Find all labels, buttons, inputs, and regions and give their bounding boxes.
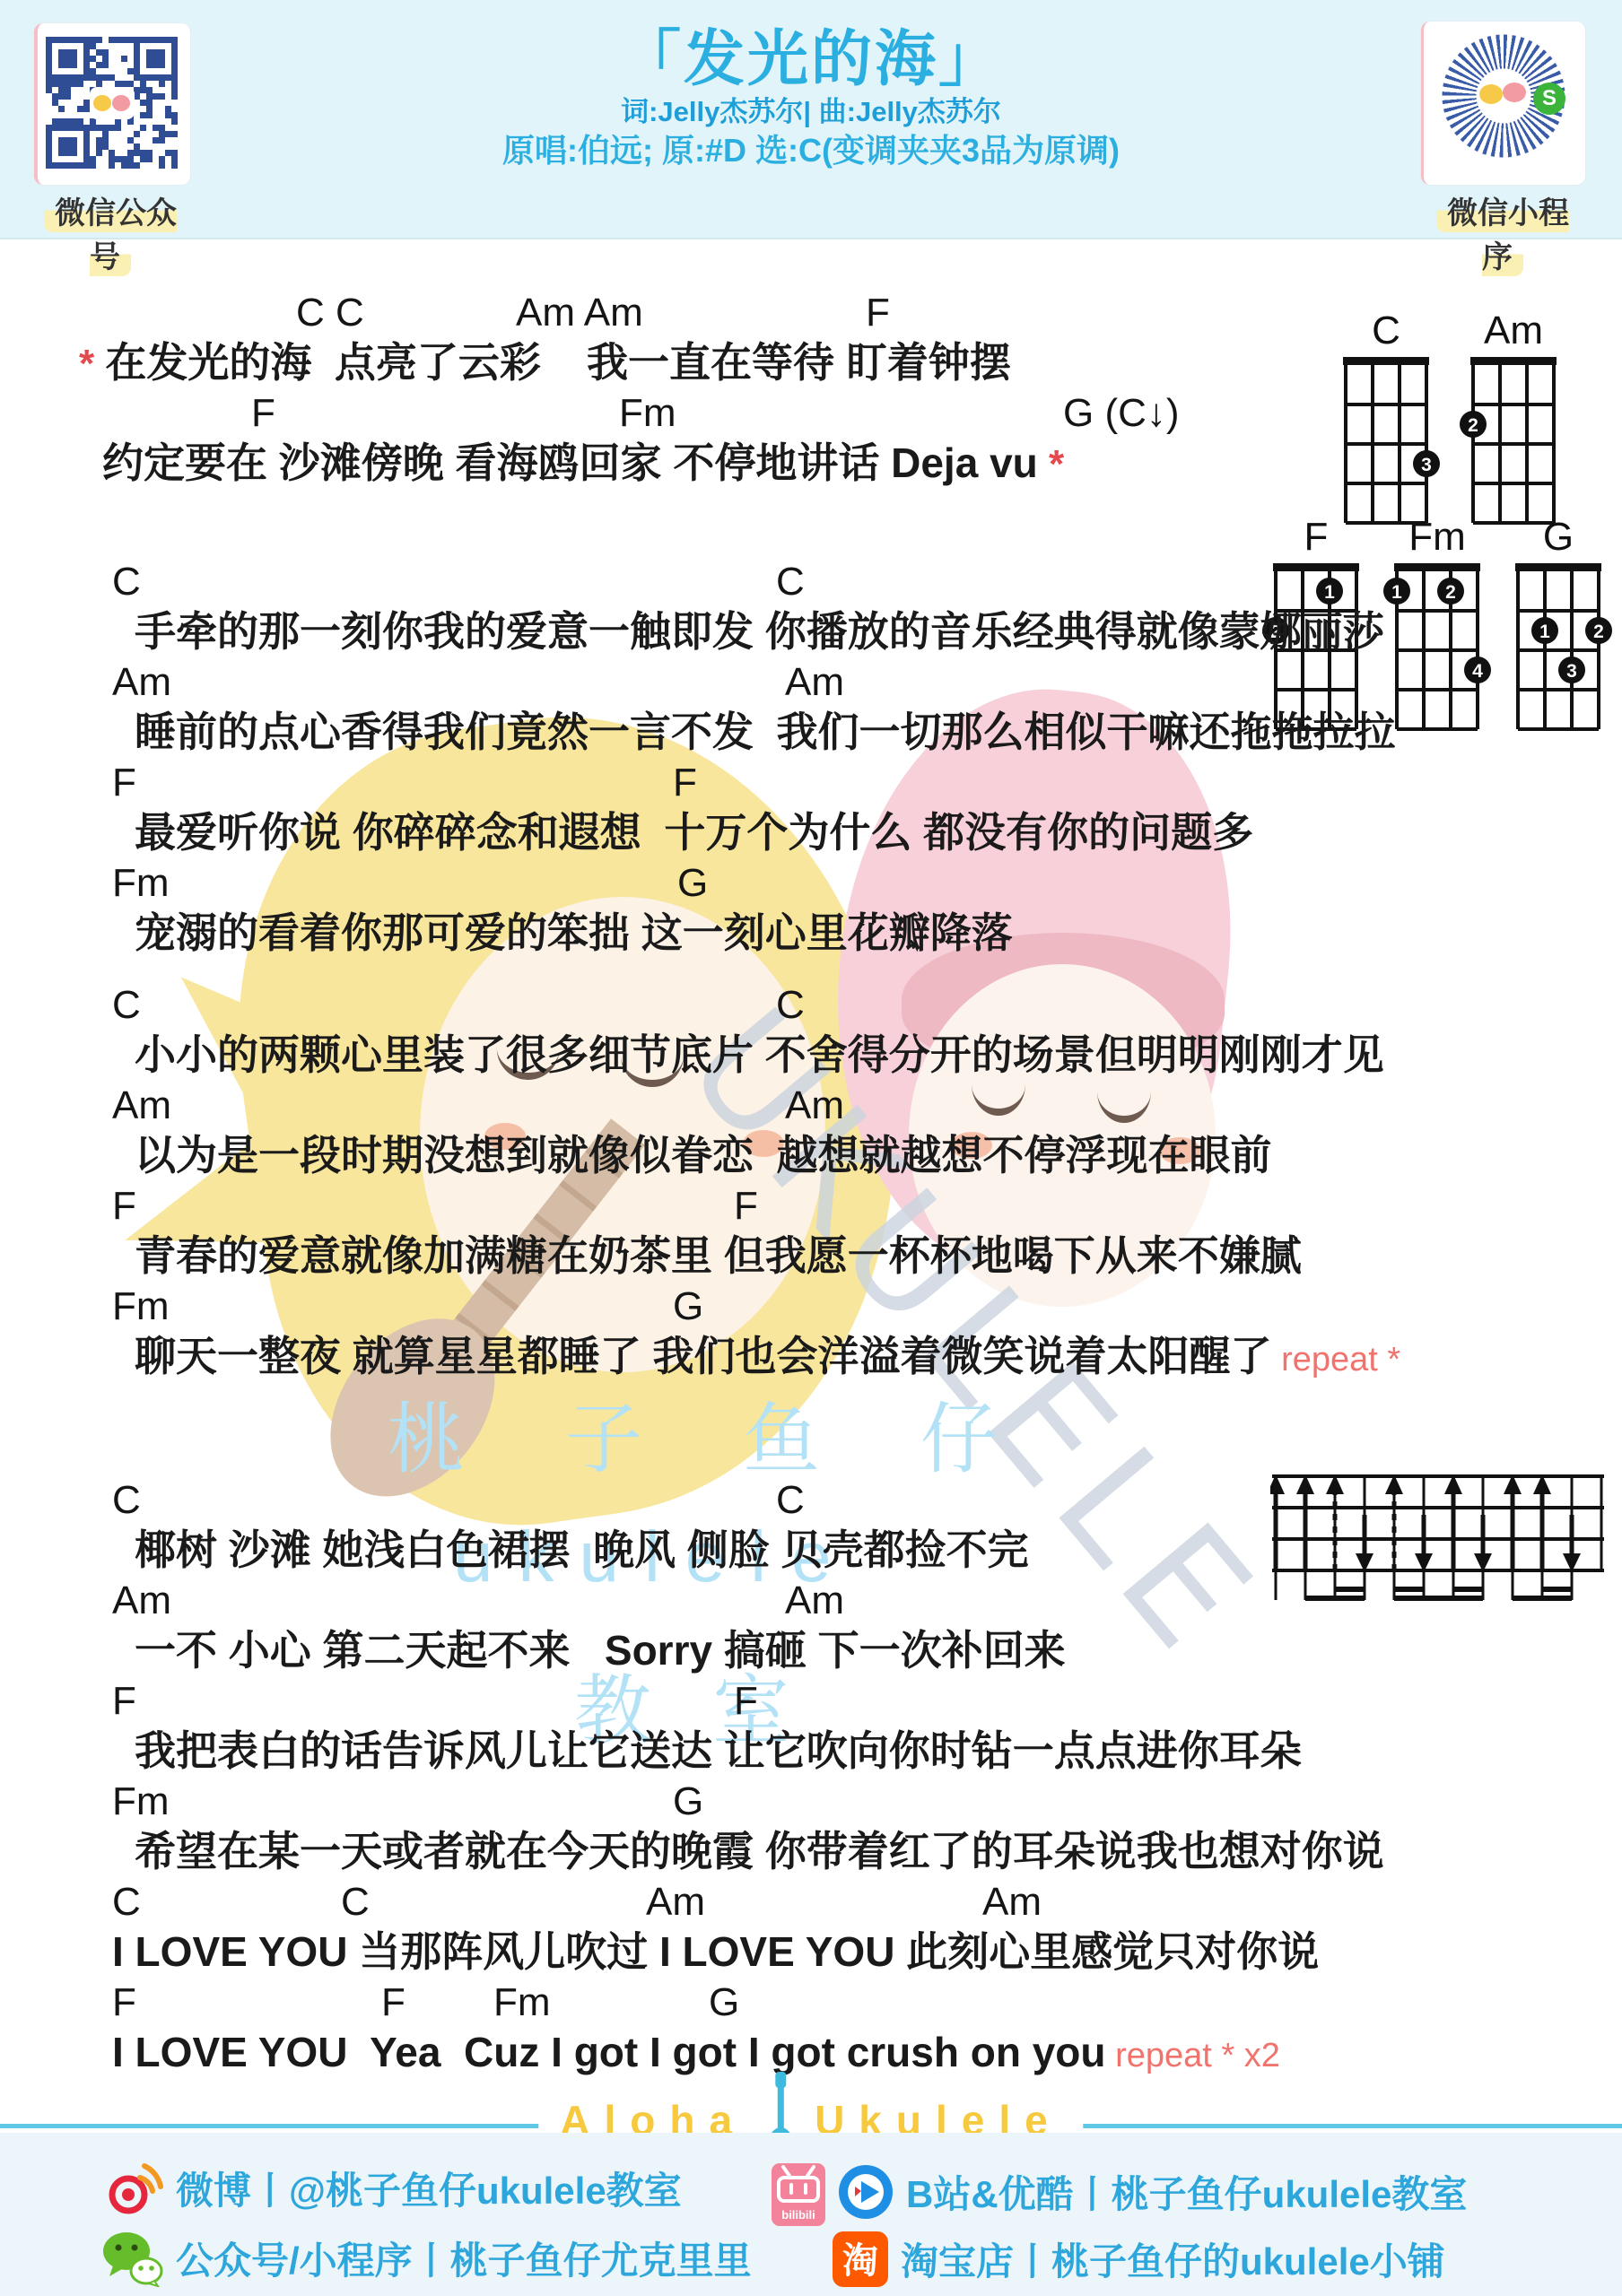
lyric-line: 聊天一整夜 就算星星都睡了 我们也会洋溢着微笑说着太阳醒了	[135, 1333, 1272, 1379]
chord-label: F	[251, 389, 275, 438]
chord-label: Fm	[112, 859, 170, 908]
song-line: FF最爱听你说 你碎碎念和遐想 十万个为什么 都没有你的问题多	[0, 759, 1622, 859]
chord-label: F	[673, 759, 697, 807]
lyric-line: 睡前的点心香得我们竟然一言不发 我们一切那么相似干嘛还拖拖拉拉	[135, 709, 1396, 755]
song-line: CC椰树 沙滩 她浅白色裙摆 晚风 侧脸 贝壳都捡不完	[0, 1476, 1622, 1577]
wechat-icon	[102, 2230, 163, 2287]
chord-label: C	[776, 558, 805, 606]
chord-label: Am	[785, 658, 844, 707]
song-credits: 词:Jelly杰苏尔| 曲:Jelly杰苏尔	[0, 89, 1622, 129]
song-line: CC手牵的那一刻你我的爱意一触即发 你播放的音乐经典得就像蒙娜丽莎	[0, 558, 1622, 658]
link-wechat[interactable]: 公众号/小程序丨桃子鱼仔尤克里里	[102, 2230, 752, 2287]
song-line: FmG宠溺的看着你那可爱的笨拙 这一刻心里花瓣降落	[0, 859, 1622, 960]
lyric-line: 希望在某一天或者就在今天的晚霞 你带着红了的耳朵说我也想对你说	[135, 1828, 1384, 1874]
weibo-icon	[106, 2160, 163, 2217]
chord-label: G	[709, 1979, 739, 2027]
lyric-line: 小小的两颗心里装了很多细节底片 不舍得分开的场景但明明刚刚才见	[135, 1031, 1384, 1078]
song-section-1: C CAm AmF* 在发光的海 点亮了云彩 我一直在等待 盯着钟摆FFmG (…	[0, 289, 1622, 490]
song-line: AmAm一不 小心 第二天起不来 Sorry 搞砸 下一次补回来	[0, 1577, 1622, 1677]
chord-label: C	[112, 981, 141, 1030]
link-weibo[interactable]: 微博丨@桃子鱼仔ukulele教室	[106, 2160, 682, 2217]
link-taobao[interactable]: 淘 淘宝店丨桃子鱼仔的ukulele小铺	[833, 2231, 1445, 2287]
song-section-2: CC手牵的那一刻你我的爱意一触即发 你播放的音乐经典得就像蒙娜丽莎AmAm睡前的…	[0, 558, 1622, 960]
chord-label: F	[112, 759, 136, 807]
lyric-line: I LOVE YOU 当那阵风儿吹过 I LOVE YOU 此刻心里感觉只对你说	[112, 1928, 1319, 1975]
asterisk-marker: *	[79, 342, 105, 386]
repeat-marker: repeat *	[1272, 1341, 1401, 1378]
bilibili-icon: bilibili	[772, 2156, 825, 2228]
lyric-line: 以为是一段时期没想到就像似眷恋 越想就越想不停浮现在眼前	[135, 1132, 1272, 1178]
song-line: FF青春的爱意就像加满糖在奶茶里 但我愿一杯杯地喝下从来不嫌腻	[0, 1182, 1622, 1283]
lyric-line: 最爱听你说 你碎碎念和遐想 十万个为什么 都没有你的问题多	[135, 809, 1253, 856]
svg-text:淘: 淘	[842, 2241, 878, 2281]
song-section-3: CC小小的两颗心里装了很多细节底片 不舍得分开的场景但明明刚刚才见AmAm以为是…	[0, 981, 1622, 1383]
chord-label: F	[734, 1677, 758, 1726]
chord-label: Fm	[619, 389, 676, 438]
song-line: CCAmAmI LOVE YOU 当那阵风儿吹过 I LOVE YOU 此刻心里…	[0, 1878, 1622, 1979]
song-key-info: 原唱:伯远; 原:#D 选:C(变调夹夹3品为原调)	[0, 126, 1622, 171]
song-title: 「发光的海」	[0, 11, 1622, 98]
song-line: FmG希望在某一天或者就在今天的晚霞 你带着红了的耳朵说我也想对你说	[0, 1778, 1622, 1878]
lyric-line: I LOVE YOU Yea Cuz I got I got I got cru…	[112, 2029, 1106, 2075]
song-line: AmAm以为是一段时期没想到就像似眷恋 越想就越想不停浮现在眼前	[0, 1082, 1622, 1182]
chord-label: Am	[646, 1878, 705, 1926]
chord-label: Am	[112, 1082, 171, 1130]
chord-label: Fm	[493, 1979, 551, 2027]
lyric-line: 约定要在 沙滩傍晚 看海鸥回家 不停地讲话 Deja vu	[102, 439, 1038, 486]
chord-label: F	[866, 289, 890, 337]
chord-label: C	[341, 1878, 370, 1926]
repeat-marker: repeat * x2	[1106, 2037, 1280, 2074]
chord-label: C	[112, 1476, 141, 1525]
song-line: FFFmGI LOVE YOU Yea Cuz I got I got I go…	[0, 1979, 1622, 2079]
chord-label: G	[677, 859, 708, 908]
chord-label: C C	[296, 289, 364, 337]
chord-label: G	[673, 1778, 703, 1826]
chord-sheet-page: 「发光的海」 词:Jelly杰苏尔| 曲:Jelly杰苏尔 原唱:伯远; 原:#…	[0, 0, 1622, 2296]
chord-label: Am	[112, 1577, 171, 1625]
chord-label: G	[673, 1283, 703, 1331]
chord-label: C	[112, 1878, 141, 1926]
chord-label: Am	[785, 1082, 844, 1130]
link-bilibili-youku[interactable]: bilibili B站&优酷丨桃子鱼仔ukulele教室	[772, 2156, 1467, 2228]
chord-diagram-name: G	[1504, 515, 1613, 561]
chord-label: Fm	[112, 1283, 170, 1331]
lyric-line: 在发光的海 点亮了云彩 我一直在等待 盯着钟摆	[105, 339, 1010, 386]
chord-label: F	[112, 1182, 136, 1231]
song-section-4: CC椰树 沙滩 她浅白色裙摆 晚风 侧脸 贝壳都捡不完AmAm一不 小心 第二天…	[0, 1476, 1622, 2079]
chord-label: F	[112, 1677, 136, 1726]
wechat-badge-icon: S	[1533, 83, 1565, 115]
chord-label: F	[112, 1979, 136, 2027]
qr-right-label: 微信小程序	[1417, 188, 1588, 276]
song-line: AmAm睡前的点心香得我们竟然一言不发 我们一切那么相似干嘛还拖拖拉拉	[0, 658, 1622, 759]
mascot-face-pink	[1503, 83, 1526, 102]
lyric-line: 青春的爱意就像加满糖在奶茶里 但我愿一杯杯地喝下从来不嫌腻	[135, 1232, 1302, 1279]
youku-icon	[838, 2164, 894, 2220]
lyric-line: 椰树 沙滩 她浅白色裙摆 晚风 侧脸 贝壳都捡不完	[135, 1526, 1029, 1573]
mascot-face-yellow	[1479, 84, 1503, 104]
chord-label: Am	[982, 1878, 1042, 1926]
lyric-line: 一不 小心 第二天起不来 Sorry 搞砸 下一次补回来	[135, 1627, 1066, 1674]
song-line: FFmG (C↓)约定要在 沙滩傍晚 看海鸥回家 不停地讲话 Deja vu *	[0, 389, 1622, 490]
chord-label: C	[776, 1476, 805, 1525]
lyric-line: 我把表白的话告诉风儿让它送达 让它吹向你时钻一点点进你耳朵	[135, 1727, 1302, 1774]
chord-label: Am Am	[516, 289, 643, 337]
chord-label: F	[734, 1182, 758, 1231]
chord-label: C	[776, 981, 805, 1030]
chord-label: Am	[785, 1577, 844, 1625]
chord-diagram-name: F	[1261, 515, 1371, 561]
qr-left-label: 微信公众号	[25, 188, 196, 276]
song-line: FmG聊天一整夜 就算星星都睡了 我们也会洋溢着微笑说着太阳醒了 repeat …	[0, 1283, 1622, 1383]
song-line: CC小小的两颗心里装了很多细节底片 不舍得分开的场景但明明刚刚才见	[0, 981, 1622, 1082]
song-line: FF我把表白的话告诉风儿让它送达 让它吹向你时钻一点点进你耳朵	[0, 1677, 1622, 1778]
chord-label: Fm	[112, 1778, 170, 1826]
chord-label: G (C↓)	[1063, 389, 1180, 438]
chord-label: C	[112, 558, 141, 606]
lyric-line: 宠溺的看着你那可爱的笨拙 这一刻心里花瓣降落	[135, 909, 1013, 956]
chord-label: Am	[112, 658, 171, 707]
chord-diagram-name: Fm	[1382, 515, 1492, 561]
miniprogram-code[interactable]: S	[1421, 22, 1585, 185]
song-line: C CAm AmF* 在发光的海 点亮了云彩 我一直在等待 盯着钟摆	[0, 289, 1622, 389]
header: 「发光的海」 词:Jelly杰苏尔| 曲:Jelly杰苏尔 原唱:伯远; 原:#…	[0, 0, 1622, 239]
chord-label: F	[381, 1979, 405, 2027]
svg-text:bilibili: bilibili	[781, 2208, 815, 2222]
lyric-line: 手牵的那一刻你我的爱意一触即发 你播放的音乐经典得就像蒙娜丽莎	[135, 608, 1384, 655]
taobao-icon: 淘	[833, 2231, 888, 2287]
asterisk-marker: *	[1038, 442, 1064, 486]
